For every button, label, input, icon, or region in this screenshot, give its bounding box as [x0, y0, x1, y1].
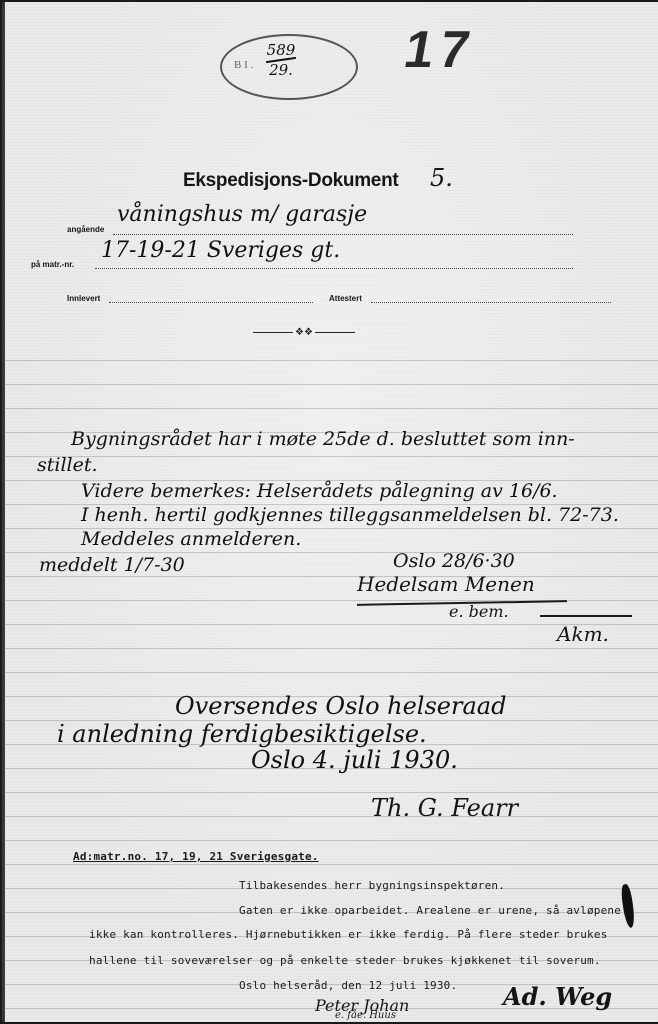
note-place-date: Oslo 28/6·30	[393, 550, 515, 572]
ruled-line	[5, 864, 658, 865]
note-signature: Hedelsam Menen	[357, 572, 535, 596]
field-line-angaende	[113, 234, 573, 235]
ruled-line	[5, 552, 658, 553]
forward-line-2: i anledning ferdigbesiktigelse.	[57, 720, 427, 748]
typed-line-5: Oslo helseråd, den 12 juli 1930.	[239, 979, 457, 992]
note-signature-suffix: e. bem.	[449, 602, 509, 621]
ornament-line-right	[315, 332, 355, 333]
typed-signature-left-sub: e. fåe. Huus	[335, 1010, 396, 1021]
ink-blot	[620, 884, 636, 929]
field-value-angaende: våningshus m/ garasje	[117, 202, 367, 227]
note-line-1: Bygningsrådet har i møte 25de d. beslutt…	[71, 428, 575, 450]
ruled-line	[5, 672, 658, 673]
ruled-line	[5, 648, 658, 649]
field-line-innlevert	[109, 302, 313, 303]
stamp-number: 589 29.	[266, 42, 296, 78]
ruled-line	[5, 792, 658, 793]
ornament-divider: ❖❖	[253, 328, 355, 338]
field-line-matr-nr	[95, 268, 573, 269]
typed-line-2: Gaten er ikke oparbeidet. Arealene er ur…	[239, 904, 621, 917]
ornament-knot-icon: ❖❖	[295, 328, 313, 338]
ruled-line	[5, 840, 658, 841]
typed-line-1: Tilbakesendes herr bygningsinspektøren.	[239, 879, 505, 892]
note-margin-meddelt: meddelt 1/7-30	[39, 554, 185, 576]
scanned-document-page: B I . 589 29. 17 Ekspedisjons-Dokument 5…	[2, 2, 658, 1022]
form-title: Ekspedisjons-Dokument	[183, 170, 398, 192]
note-line-5: Meddeles anmelderen.	[81, 528, 301, 550]
typed-heading: Ad:matr.no. 17, 19, 21 Sverigesgate.	[73, 850, 319, 863]
ornament-line-left	[253, 332, 293, 333]
forward-line-3: Oslo 4. juli 1930.	[251, 746, 458, 774]
document-number: 5.	[430, 164, 453, 192]
ruled-line	[5, 816, 658, 817]
note-initials: Akm.	[557, 622, 609, 646]
forward-signature: Th. G. Fearr	[371, 794, 518, 822]
field-line-attestert	[371, 302, 611, 303]
stamp-number-top: 589	[267, 41, 296, 59]
typed-line-3: ikke kan kontrolleres. Hjørnebutikken er…	[89, 928, 608, 941]
field-label-angaende: angående	[67, 225, 104, 234]
field-label-innlevert: Innlevert	[67, 294, 100, 303]
ruled-line	[5, 360, 658, 361]
note-line-4: I henh. hertil godkjennes tilleggsanmeld…	[81, 504, 619, 526]
stamp-number-bottom: 29.	[269, 61, 293, 79]
note-line-2: stillet.	[37, 454, 98, 476]
stamp-prefix: B I .	[234, 59, 253, 71]
field-value-matr-nr: 17-19-21 Sveriges gt.	[101, 238, 340, 263]
field-label-matr-nr: på matr.-nr.	[31, 260, 74, 269]
initials-line	[540, 615, 632, 617]
typed-line-4: hallene til soveværelser og på enkelte s…	[89, 954, 601, 967]
ruled-line	[5, 576, 658, 577]
ruled-line	[5, 384, 658, 385]
archive-stamp: B I . 589 29.	[220, 34, 358, 100]
note-line-3: Videre bemerkes: Helserådets pålegning a…	[81, 480, 558, 502]
typed-signature-right: Ad. Weg	[503, 982, 612, 1011]
page-number: 17	[400, 20, 480, 80]
field-label-attestert: Attestert	[329, 294, 362, 303]
forward-line-1: Oversendes Oslo helseraad	[175, 692, 506, 720]
ruled-line	[5, 408, 658, 409]
ruled-line	[5, 456, 658, 457]
